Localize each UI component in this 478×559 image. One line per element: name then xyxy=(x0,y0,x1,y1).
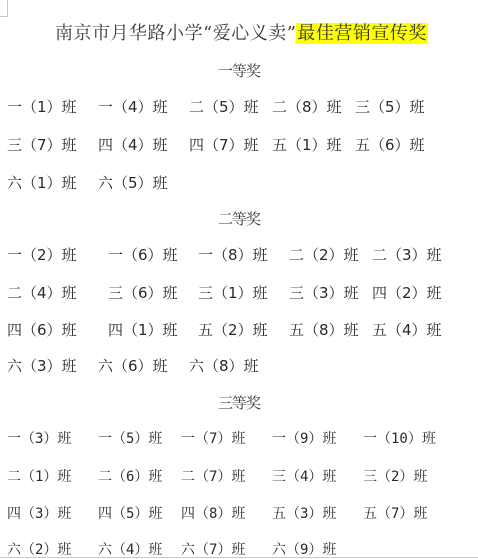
class-entry: 六（8）班 xyxy=(189,356,259,376)
document-title: 南京市月华路小学“爱心义卖”最佳营销宣传奖 xyxy=(55,20,428,48)
class-entry: 三（6）班 xyxy=(108,283,178,303)
class-entry: 一（6）班 xyxy=(108,245,178,265)
heading-second-prize: 二等奖 xyxy=(0,208,478,229)
class-entry: 一（8）班 xyxy=(198,245,268,265)
page-bottom-rule xyxy=(0,557,478,558)
class-entry: 五（2）班 xyxy=(198,320,268,340)
heading-third-prize: 三等奖 xyxy=(0,392,478,413)
class-entry: 五（6）班 xyxy=(355,135,425,155)
class-entry: 五（1）班 xyxy=(272,135,342,155)
class-entry: 四（6）班 xyxy=(7,320,77,340)
title-highlight: 最佳营销宣传奖 xyxy=(296,23,428,44)
class-entry: 五（3）班 xyxy=(272,504,336,524)
class-entry: 六（1）班 xyxy=(7,173,77,193)
class-entry: 六（3）班 xyxy=(7,356,77,376)
page-corner-mark xyxy=(0,0,8,17)
class-entry: 一（5）班 xyxy=(98,429,162,449)
class-entry: 二（4）班 xyxy=(7,283,77,303)
class-entry: 六（5）班 xyxy=(98,173,168,193)
class-entry: 四（8）班 xyxy=(181,504,245,524)
class-entry: 二（2）班 xyxy=(289,245,359,265)
class-entry: 一（9）班 xyxy=(272,429,336,449)
class-entry: 一（2）班 xyxy=(7,245,77,265)
class-entry: 一（3）班 xyxy=(7,429,71,449)
class-entry: 一（10）班 xyxy=(363,429,436,449)
class-entry: 一（4）班 xyxy=(98,97,168,117)
class-entry: 三（1）班 xyxy=(198,283,268,303)
class-entry: 二（7）班 xyxy=(181,467,245,487)
class-entry: 二（5）班 xyxy=(189,97,259,117)
class-entry: 五（7）班 xyxy=(363,504,427,524)
class-entry: 三（3）班 xyxy=(289,283,359,303)
class-entry: 六（6）班 xyxy=(98,356,168,376)
class-entry: 一（1）班 xyxy=(7,97,77,117)
class-entry: 四（3）班 xyxy=(7,504,71,524)
class-entry: 五（4）班 xyxy=(372,320,442,340)
class-entry: 四（4）班 xyxy=(98,135,168,155)
class-entry: 四（5）班 xyxy=(98,504,162,524)
class-entry: 四（1）班 xyxy=(108,320,178,340)
class-entry: 五（8）班 xyxy=(289,320,359,340)
class-entry: 二（1）班 xyxy=(7,467,71,487)
class-entry: 三（5）班 xyxy=(355,97,425,117)
class-entry: 二（3）班 xyxy=(372,245,442,265)
class-entry: 三（7）班 xyxy=(7,135,77,155)
class-entry: 四（7）班 xyxy=(189,135,259,155)
class-entry: 三（2）班 xyxy=(363,467,427,487)
heading-first-prize: 一等奖 xyxy=(0,60,478,81)
class-entry: 二（8）班 xyxy=(272,97,342,117)
class-entry: 一（7）班 xyxy=(181,429,245,449)
class-entry: 二（6）班 xyxy=(98,467,162,487)
class-entry: 四（2）班 xyxy=(372,283,442,303)
title-main: 南京市月华路小学“爱心义卖” xyxy=(55,23,296,44)
class-entry: 三（4）班 xyxy=(272,467,336,487)
